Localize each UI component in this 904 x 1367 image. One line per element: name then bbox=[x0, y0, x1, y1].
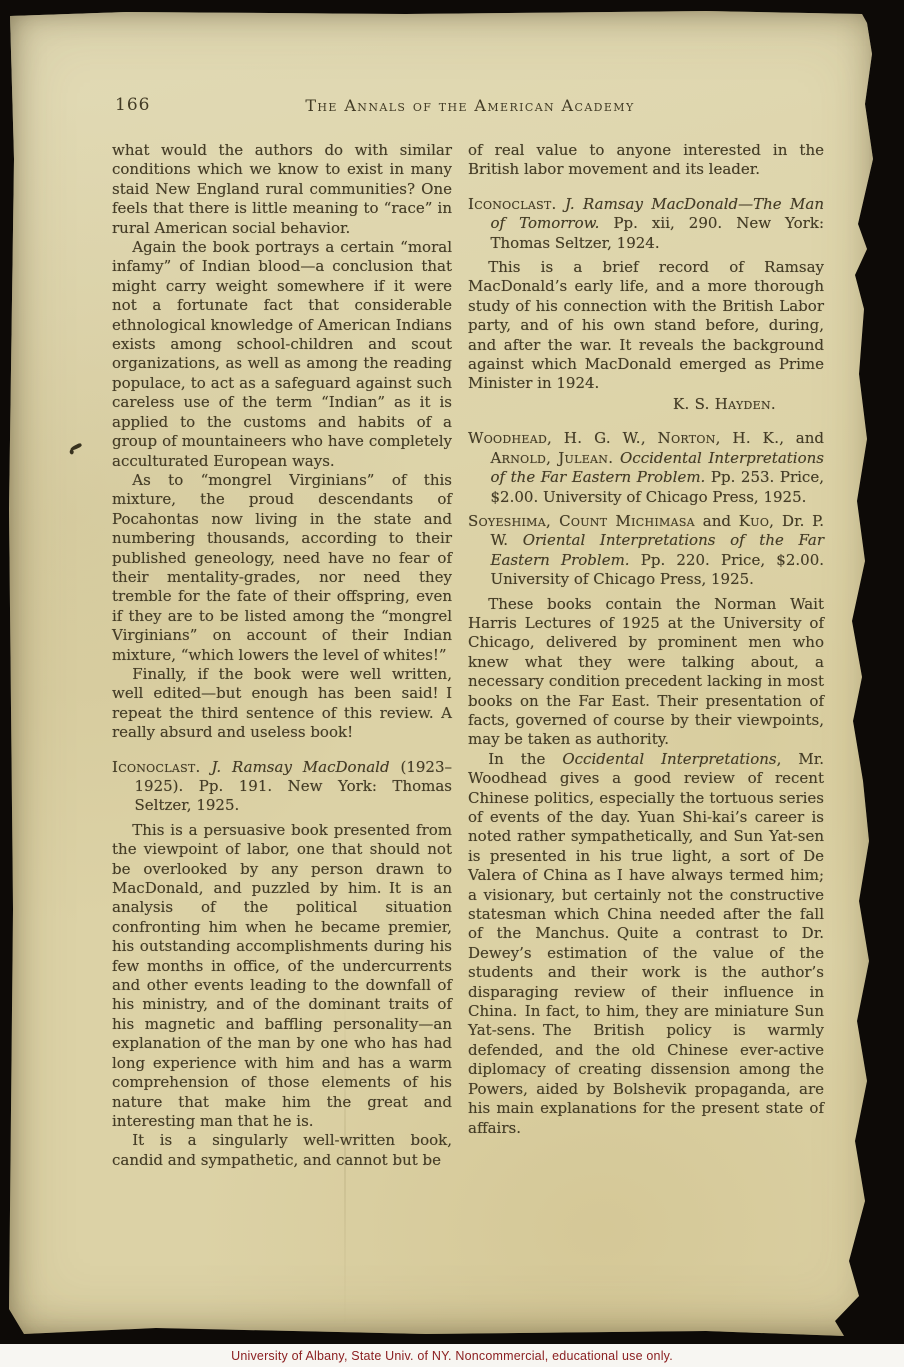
bibliography-entry: Woodhead, H. G. W., Norton, H. K., and A… bbox=[468, 429, 824, 507]
page-number: 166 bbox=[115, 95, 150, 115]
bibliography-entry: Iconoclast. J. Ramsay MacDonald—The Man … bbox=[468, 195, 824, 253]
body-paragraph: what would the authors do with similar c… bbox=[112, 141, 452, 238]
body-paragraph: As to “mongrel Virginians” of this mixtu… bbox=[112, 471, 452, 665]
body-paragraph: It is a singularly well-written book, ca… bbox=[112, 1131, 452, 1170]
scanned-page-canvas: 166 The Annals of the American Academy w… bbox=[0, 0, 904, 1367]
right-column: of real value to anyone interested in th… bbox=[468, 141, 824, 1170]
scan-caption-strip: University of Albany, State Univ. of NY.… bbox=[0, 1344, 904, 1367]
two-column-text: what would the authors do with similar c… bbox=[112, 141, 828, 1170]
running-title: The Annals of the American Academy bbox=[305, 96, 634, 115]
body-paragraph: These books contain the Norman Wait Harr… bbox=[468, 595, 824, 750]
pen-mark-icon bbox=[70, 443, 83, 452]
body-paragraph: This is a brief record of Ramsay MacDona… bbox=[468, 258, 824, 394]
paper-sheet: 166 The Annals of the American Academy w… bbox=[6, 9, 882, 1336]
body-paragraph: This is a persuasive book presented from… bbox=[112, 821, 452, 1132]
bibliography-entry: Iconoclast. J. Ramsay MacDonald (1923–19… bbox=[112, 758, 452, 816]
page-content: 166 The Annals of the American Academy w… bbox=[112, 95, 828, 1170]
body-paragraph: Finally, if the book were well written, … bbox=[112, 665, 452, 743]
body-paragraph: of real value to anyone interested in th… bbox=[468, 141, 824, 180]
left-column: what would the authors do with similar c… bbox=[112, 141, 452, 1170]
reviewer-signature: K. S. Hayden. bbox=[468, 395, 824, 414]
body-paragraph: Again the book portrays a certain “moral… bbox=[112, 238, 452, 471]
scan-caption: University of Albany, State Univ. of NY.… bbox=[231, 1349, 673, 1363]
bibliography-entry: Soyeshima, Count Michimasa and Kuo, Dr. … bbox=[468, 512, 824, 590]
page-header: 166 The Annals of the American Academy bbox=[112, 95, 828, 119]
body-paragraph: In the Occidental Interpretations, Mr. W… bbox=[468, 750, 824, 1138]
